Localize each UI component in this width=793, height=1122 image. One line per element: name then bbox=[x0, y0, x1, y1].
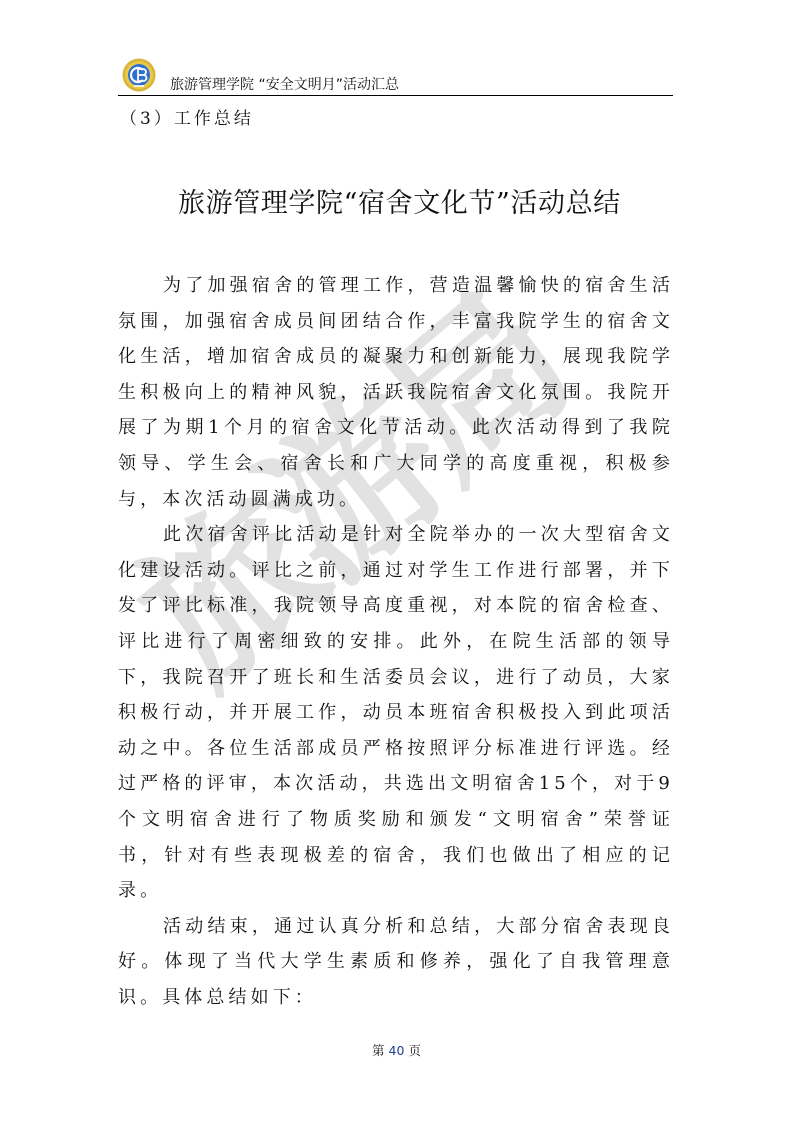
paragraph: 此次宿舍评比活动是针对全院举办的一次大型宿舍文化建设活动。评比之前，通过对学生工… bbox=[118, 517, 674, 909]
document-body: 为了加强宿舍的管理工作，营造温馨愉快的宿舍生活氛围，加强宿舍成员间团结合作，丰富… bbox=[118, 268, 674, 1015]
paragraph: 为了加强宿舍的管理工作，营造温馨愉快的宿舍生活氛围，加强宿舍成员间团结合作，丰富… bbox=[118, 268, 674, 517]
page-number-prefix: 第 bbox=[372, 1043, 385, 1058]
paragraph: 活动结束，通过认真分析和总结，大部分宿舍表现良好。体现了当代大学生素质和修养，强… bbox=[118, 909, 674, 1016]
page-footer: 第 40 页 bbox=[0, 1041, 793, 1059]
header-divider bbox=[118, 95, 673, 96]
page-header: 旅游管理学院 “安全文明月”活动汇总 bbox=[118, 56, 673, 96]
section-label: （3）工作总结 bbox=[120, 107, 254, 131]
college-emblem-icon bbox=[122, 58, 156, 92]
document-page: 旅游局 旅游管理学院 “安全文明月”活动汇总 （3）工作总结 旅游管理学院“宿舍… bbox=[0, 0, 793, 1122]
document-title: 旅游管理学院“宿舍文化节”活动总结 bbox=[178, 186, 621, 222]
page-number-suffix: 页 bbox=[408, 1043, 421, 1058]
page-number: 40 bbox=[389, 1043, 405, 1058]
header-title: 旅游管理学院 “安全文明月”活动汇总 bbox=[170, 76, 399, 94]
